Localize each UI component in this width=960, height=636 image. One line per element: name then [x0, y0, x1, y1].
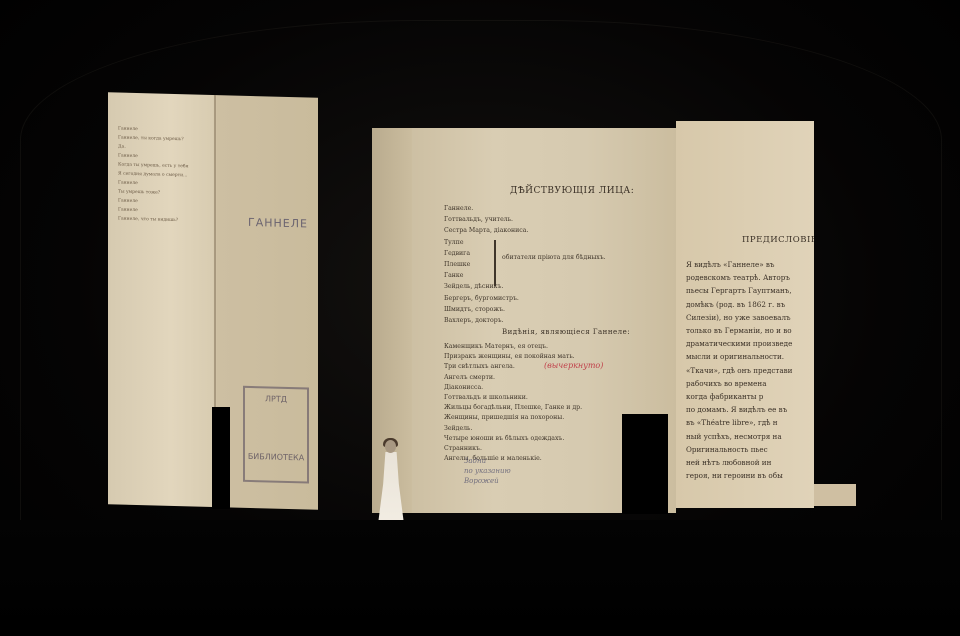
brace — [494, 240, 496, 286]
preface-line: домѣкъ (род. въ 1862 г. въ — [686, 298, 814, 311]
right-page-tab — [814, 484, 856, 506]
handwritten-line: Задни — [464, 456, 511, 466]
preface-line: пьесы Гергартъ Гауптманъ, — [686, 284, 814, 297]
vision-item: Готтвальдъ и школьники. — [444, 393, 582, 403]
vision-item: Странникъ. — [444, 444, 582, 454]
title-stamp: ГАННЕЛЕ — [248, 216, 308, 231]
preface-line: рабочихъ во времена — [686, 377, 814, 390]
handwritten-line: Ворожей — [464, 476, 511, 486]
preface-line: когда фабриканты р — [686, 390, 814, 403]
cast-item: Сестра Марта, діакониса. — [444, 225, 528, 236]
stamp-line: БИБЛИОТЕКА — [245, 450, 307, 466]
vision-item: Четыре юноши въ бѣлыхъ одеждахъ. — [444, 434, 582, 444]
handwritten-line: по указанию — [464, 466, 511, 476]
black-notch — [622, 414, 668, 514]
preface-line: ней нѣтъ любовной ин — [686, 456, 814, 469]
black-notch — [212, 407, 230, 509]
cast-item: Ганке — [444, 270, 528, 281]
preface-line: мысли и оригинальности. — [686, 350, 814, 363]
brace-note: обитатели прiюта для бѣдныхъ. — [502, 254, 606, 261]
stage-background: Ганнеле Ганнеле, ты когда умрешь? Да. Га… — [0, 0, 960, 636]
cast-item: Ганнеле. — [444, 203, 528, 214]
right-projected-page: ПРЕДИСЛОВIЕ Я видѣлъ «Ганнеле» въ родевс… — [676, 121, 814, 508]
vision-item: Каменщикъ Матернъ, ея отецъ. — [444, 342, 582, 352]
cast-list: Ганнеле. Готтвальдъ, учитель. Сестра Мар… — [444, 203, 528, 326]
preface-line: только въ Германiи, но и во — [686, 324, 814, 337]
performer-in-white-dress — [375, 440, 408, 532]
preface-line: Силезiи), но уже завоевалъ — [686, 311, 814, 324]
vision-item: Зейдель. — [444, 424, 582, 434]
handwritten-notes: Задни по указанию Ворожей — [464, 456, 511, 486]
preface-line: драматическими произведе — [686, 337, 814, 350]
preface-line: героя, ни героини въ обы — [686, 469, 814, 482]
vision-item: Ангелъ смерти. — [444, 373, 582, 383]
cast-heading: ДѢЙСТВУЮЩIЯ ЛИЦА: — [510, 186, 634, 196]
stage-floor — [0, 520, 960, 636]
preface-line: въ «Théatre libre», гдѣ н — [686, 416, 814, 429]
cast-item: Зейдель, дѣсникъ. — [444, 281, 528, 292]
vision-item: Жильцы богадѣльни, Плешке, Ганке и др. — [444, 403, 582, 413]
cast-item: Готтвальдъ, учитель. — [444, 214, 528, 225]
library-stamp: ЛРТД БИБЛИОТЕКА — [243, 386, 309, 484]
vision-item: Женщины, пришедшiя на похороны. — [444, 413, 582, 423]
preface-line: Оригинальность пьес — [686, 443, 814, 456]
vision-item: Діаконисса. — [444, 383, 582, 393]
preface-heading: ПРЕДИСЛОВIЕ — [742, 235, 814, 245]
cast-item: Тулпе — [444, 237, 528, 248]
visions-heading: Видѣнiя, являющiеся Ганнеле: — [502, 328, 630, 336]
preface-line: ный успѣхъ, несмотря на — [686, 430, 814, 443]
preface-line: Я видѣлъ «Ганнеле» въ — [686, 258, 814, 271]
preface-text: Я видѣлъ «Ганнеле» въ родевскомъ театрѣ.… — [686, 258, 814, 482]
script-line: Ганнеле, что ты видишь? — [118, 215, 213, 226]
red-annotation: (вычеркнуто) — [544, 361, 603, 370]
head — [385, 440, 396, 453]
cast-item: Шмидтъ, сторожъ. — [444, 304, 528, 315]
cast-item: Бергеръ, бургомистръ. — [444, 293, 528, 304]
preface-line: родевскомъ театрѣ. Авторъ — [686, 271, 814, 284]
typed-script-lines: Ганнеле Ганнеле, ты когда умрешь? Да. Га… — [118, 125, 213, 226]
cast-item: Вахлеръ, докторъ. — [444, 315, 528, 326]
preface-line: по домамъ. Я видѣлъ ее въ — [686, 403, 814, 416]
preface-line: «Ткачи», гдѣ онъ представи — [686, 364, 814, 377]
